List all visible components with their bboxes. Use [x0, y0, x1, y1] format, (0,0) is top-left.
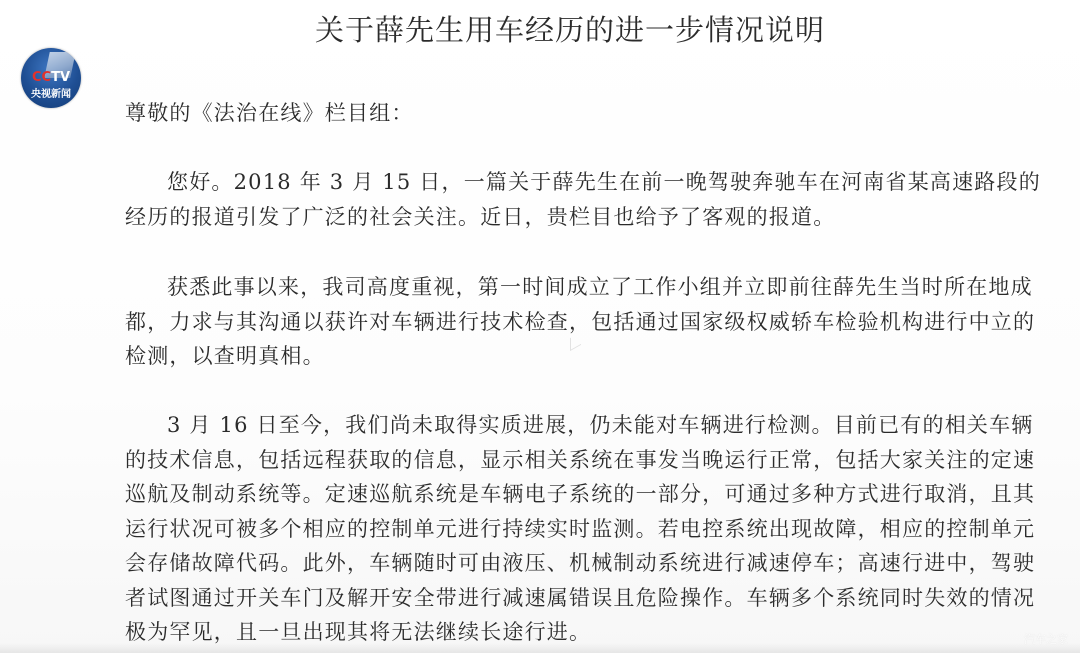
logo-brand-red-part: CC — [32, 70, 51, 85]
watermark-text: 汽车之家 — [1024, 631, 1068, 647]
paragraph-3: 3 月 16 日至今，我们尚未取得实质进展，仍未能对车辆进行检测。目前已有的相关… — [125, 408, 1055, 650]
paragraph-2: 获悉此事以来，我司高度重视，第一时间成立了工作小组并立即前往薛先生当时所在地成都… — [125, 270, 1055, 374]
bottom-shadow-bar — [0, 643, 1080, 653]
paragraph-1: 您好。2018 年 3 月 15 日，一篇关于薛先生在前一晚驾驶奔驰车在河南省某… — [125, 165, 1055, 234]
document-page: CCTV 央视新闻 关于薛先生用车经历的进一步情况说明 尊敬的《法治在线》栏目组… — [0, 0, 1080, 653]
logo-brand-cn: 央视新闻 — [21, 85, 81, 100]
cctv-news-logo-icon: CCTV 央视新闻 — [21, 48, 81, 108]
salutation: 尊敬的《法治在线》栏目组： — [125, 96, 1055, 131]
logo-brand-latin: CCTV — [21, 70, 81, 85]
document-title: 关于薛先生用车经历的进一步情况说明 — [0, 8, 1080, 49]
logo-brand-white-part: TV — [51, 70, 70, 85]
